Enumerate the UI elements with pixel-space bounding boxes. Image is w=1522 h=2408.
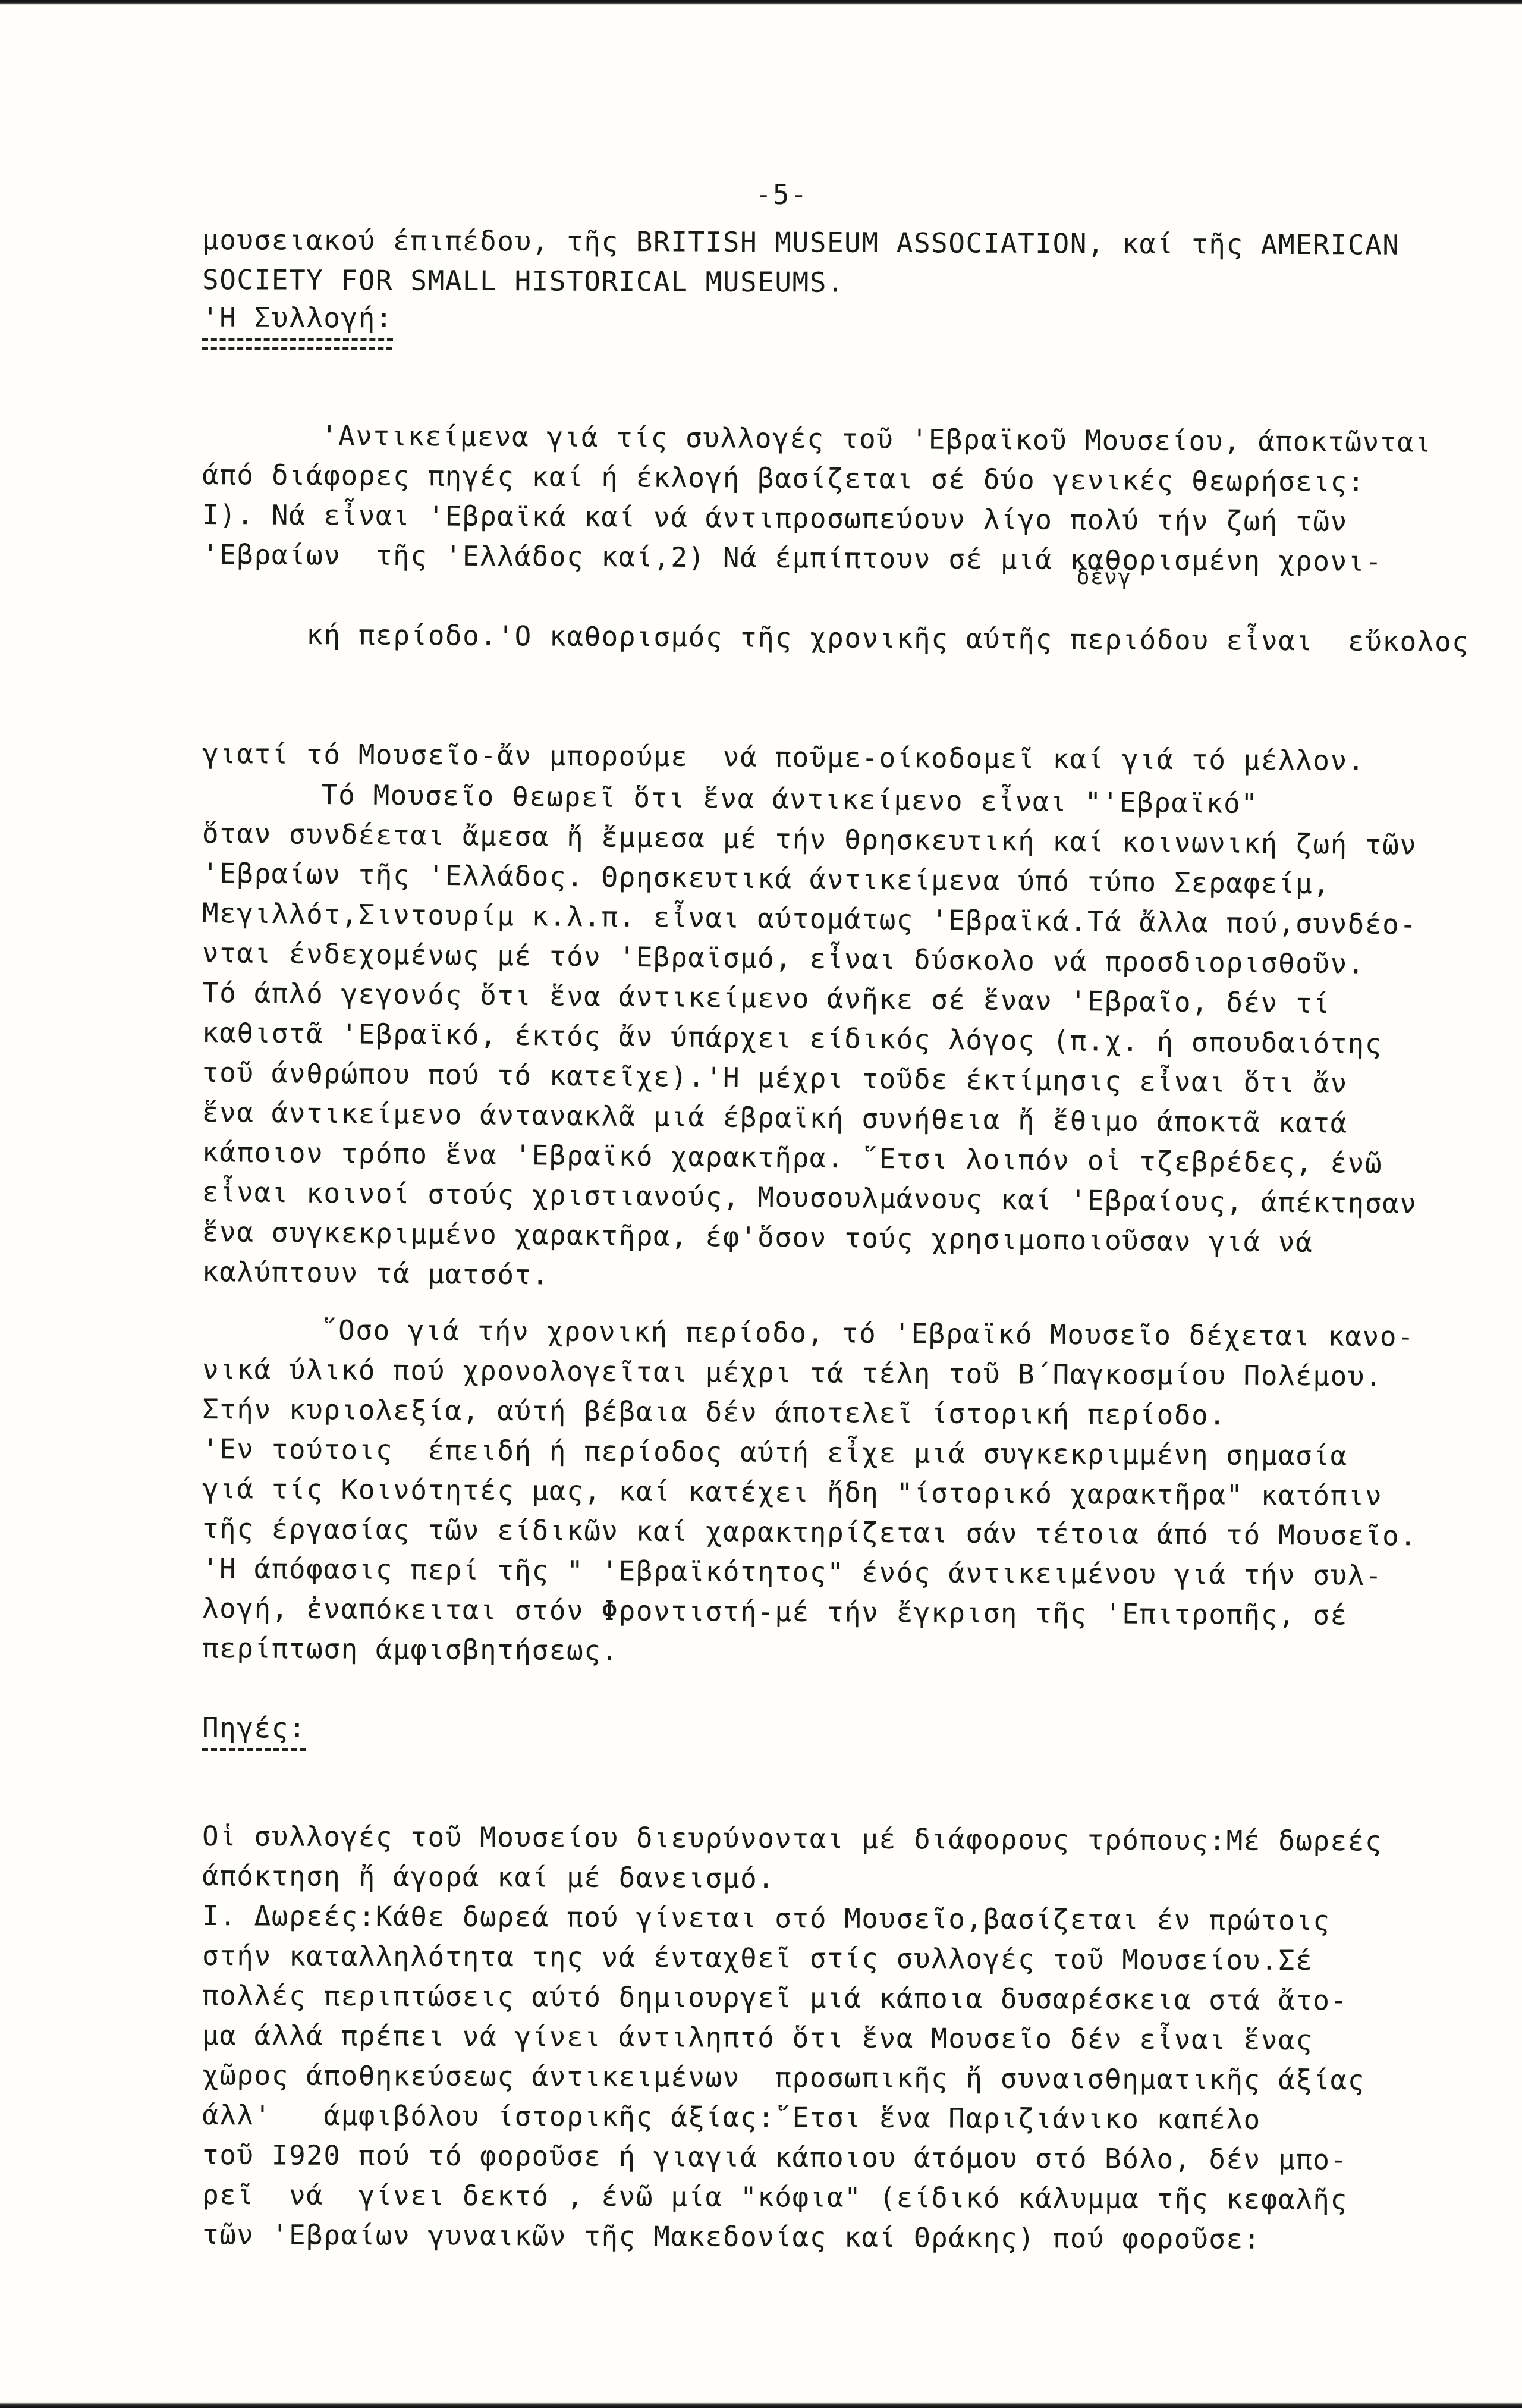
intro-line: SOCIETY FOR SMALL HISTORICAL MUSEUMS. [202,260,1427,305]
text-line: στήν καταλληλότητα της νά ένταχθεῖ στίς … [202,1936,1427,1981]
text-line: ῞Οσο γιά τήν χρονική περίοδο, τό 'Εβραϊκ… [202,1310,1427,1357]
text-line-content: κή περίοδο.'Ο καθορισμός τῆς χρονικῆς αύ… [306,619,1469,658]
text-line: τῆς έργασίας τῶν είδικῶν καί χαρακτηρίζε… [202,1509,1427,1556]
text-line: Οἱ συλλογές τοῦ Μουσείου διευρύνονται μέ… [202,1816,1427,1861]
text-line: λογή, ἐναπόκειται στόν Φροντιστή-μέ τήν … [202,1588,1427,1636]
text-line: χῶρος άποθηκεύσεως άντικειμένων προσωπικ… [202,2055,1427,2101]
sources-paragraph-1: Οἱ συλλογές τοῦ Μουσείου διευρύνονται μέ… [202,1816,1427,1896]
text-line: άπό διάφορες πηγές καί ή έκλογή βασίζετα… [202,455,1427,503]
text-line: περίπτωση άμφισβητήσεως. [202,1628,1427,1676]
collection-paragraph-3: ῞Οσο γιά τήν χρονική περίοδο, τό 'Εβραϊκ… [202,1310,1427,1668]
text-line: κή περίοδο.'Ο καθορισμός τῆς χρονικῆς αύ… [202,574,1427,742]
text-line: νικά ύλικό πού χρονολογεῖται μέχρι τά τέ… [202,1349,1427,1397]
text-line: ρεῖ νά γίνει δεκτό , ένῶ μία "κόφια" (εί… [202,2175,1427,2220]
handwritten-insertion: δένγ [1077,557,1132,598]
text-line: γιατί τό Μουσεῖο-ἄν μπορούμε νά ποῦμε-οί… [202,734,1427,781]
section-sources-heading-wrap: Πηγές: [202,1710,1427,1751]
text-line: 'Εν τούτοις έπειδή ή περίοδος αύτή εἶχε … [202,1429,1427,1477]
section-collection-heading-wrap: 'Η Συλλογή: [202,300,1427,350]
scan-bottom-edge [0,2402,1522,2408]
collection-paragraph-1: 'Αντικείμενα γιά τίς συλλογές τοῦ 'Εβραϊ… [202,415,1427,774]
text-line: τῶν 'Εβραίων γυναικῶν τῆς Μακεδονίας καί… [202,2215,1427,2260]
text-line: γιά τίς Κοινότητές μας, καί κατέχει ἤδη … [202,1469,1427,1517]
text-line: 'Αντικείμενα γιά τίς συλλογές τοῦ 'Εβραϊ… [202,415,1427,463]
text-line: Στήν κυριολεξία, αύτή βέβαια δέν άποτελε… [202,1389,1427,1437]
typewritten-page: μουσειακού έπιπέδου, τῆς BRITISH MUSEUM … [202,178,1427,2255]
scan-top-edge [0,0,1522,5]
text-line: I. Δωρεές:Κάθε δωρεά πού γίνεται στό Μου… [202,1896,1427,1941]
text-line: 'Εβραίων τῆς 'Ελλάδος καί,2) Νά έμπίπτου… [202,535,1427,582]
text-line: άλλ' άμφιβόλου ίστορικῆς άξίας:῞Ετσι ἕνα… [202,2095,1427,2140]
section-heading-collection: 'Η Συλλογή: [202,300,393,341]
donations-paragraph: I. Δωρεές:Κάθε δωρεά πού γίνεται στό Μου… [202,1896,1427,2255]
text-line: πολλές περιπτώσεις αύτό δημιουργεῖ μιά κ… [202,1976,1427,2021]
intro-line: μουσειακού έπιπέδου, τῆς BRITISH MUSEUM … [202,220,1427,265]
text-line: I). Νά εἶναι 'Εβραϊκά καί νά άντιπροσωπε… [202,495,1427,542]
text-line: άπόκτηση ἤ άγορά καί μέ δανεισμό. [202,1856,1427,1901]
collection-paragraph-2: Τό Μουσεῖο θεωρεῖ ὅτι ἕνα άντικείμενο εἶ… [202,774,1427,1292]
section-heading-sources: Πηγές: [202,1710,306,1751]
text-line: 'Η άπόφασις περί τῆς " 'Εβραϊκότητος" έν… [202,1549,1427,1596]
text-line: μα άλλά πρέπει νά γίνει άντιληπτό ὅτι ἕν… [202,2015,1427,2061]
text-line: τοῦ I920 πού τό φοροῦσε ή γιαγιά κάποιου… [202,2135,1427,2180]
